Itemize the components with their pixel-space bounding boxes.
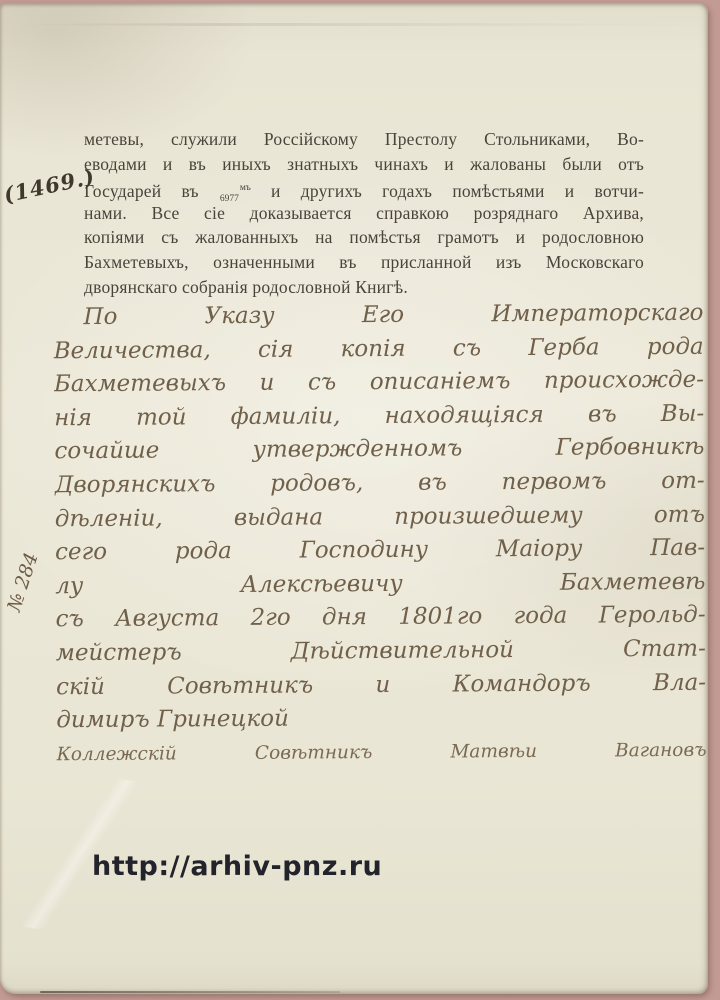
margin-note-year: (1469.) [1,164,97,208]
handwritten-line: нія той фамиліи, находящіяся въ Вы- [54,398,704,436]
handwritten-line: Величества, сія копія съ Герба рода [54,330,704,368]
handwritten-line: лу Алексѣевичу Бахметевѣ [55,565,705,603]
printed-line: метевы, служили Россійскому Престолу Сто… [84,127,644,152]
handwritten-section: По Указу Его Императорскаго Величества, … [53,297,706,772]
printed-text-after-fraction: и другихъ годахъ помѣстьями и вотчи- [271,181,644,201]
printed-line: нами. Все сіе доказывается справкою розр… [84,201,644,226]
printed-line: еводами и въ иныхъ знатныхъ чинахъ и жал… [84,152,644,177]
page-bottom-edge [40,991,340,993]
handwritten-line-signature: димиръ Гринецкой [56,700,706,738]
year-fraction-numerator: 6977 [219,195,240,201]
handwritten-line: По Указу Его Императорскаго [53,297,703,335]
handwritten-line: сочайше утвержденномъ Гербовникѣ [54,431,704,469]
handwritten-line: дѣленіи, выдана произшедшему отъ [55,498,705,536]
scan-backdrop: метевы, служили Россійскому Престолу Сто… [0,0,720,1000]
handwritten-line: сего рода Господину Маіору Пав- [55,532,705,570]
printed-line: дворянскаго собранія родословной Книгѣ. [84,275,644,300]
handwritten-line: Бахметевыхъ и съ описаніемъ происхожде- [54,364,704,402]
year-fraction-suffix: мъ [240,183,251,193]
watermark-url: http://arhiv-pnz.ru [92,851,382,882]
printed-line: Бахметевыхъ, означенными въ присланной и… [84,250,644,275]
printed-paragraph: метевы, служили Россійскому Престолу Сто… [84,127,644,299]
handwritten-line: мейстеръ Дѣйствительной Стат- [56,633,706,671]
year-fraction: 69771469 [219,195,240,201]
document-page: метевы, служили Россійскому Престолу Сто… [0,3,708,994]
printed-line-with-fraction: Государей въ 69771469мъ и другихъ годахъ… [84,176,644,201]
handwritten-line: скій Совѣтникъ и Командоръ Вла- [56,666,706,704]
handwritten-line: Дворянскихъ родовъ, въ первомъ от- [55,465,705,503]
handwritten-line-countersignature: Коллежскій Совѣтникъ Матвѣи Вагановъ [56,733,706,771]
margin-note-case-number: № 284 [0,536,47,628]
printed-text-before-fraction: Государей въ [84,181,199,201]
printed-line: копіями съ жалованныхъ на помѣстья грамо… [84,225,644,250]
handwritten-line: съ Августа 2го дня 1801го года Герольд- [55,599,705,637]
